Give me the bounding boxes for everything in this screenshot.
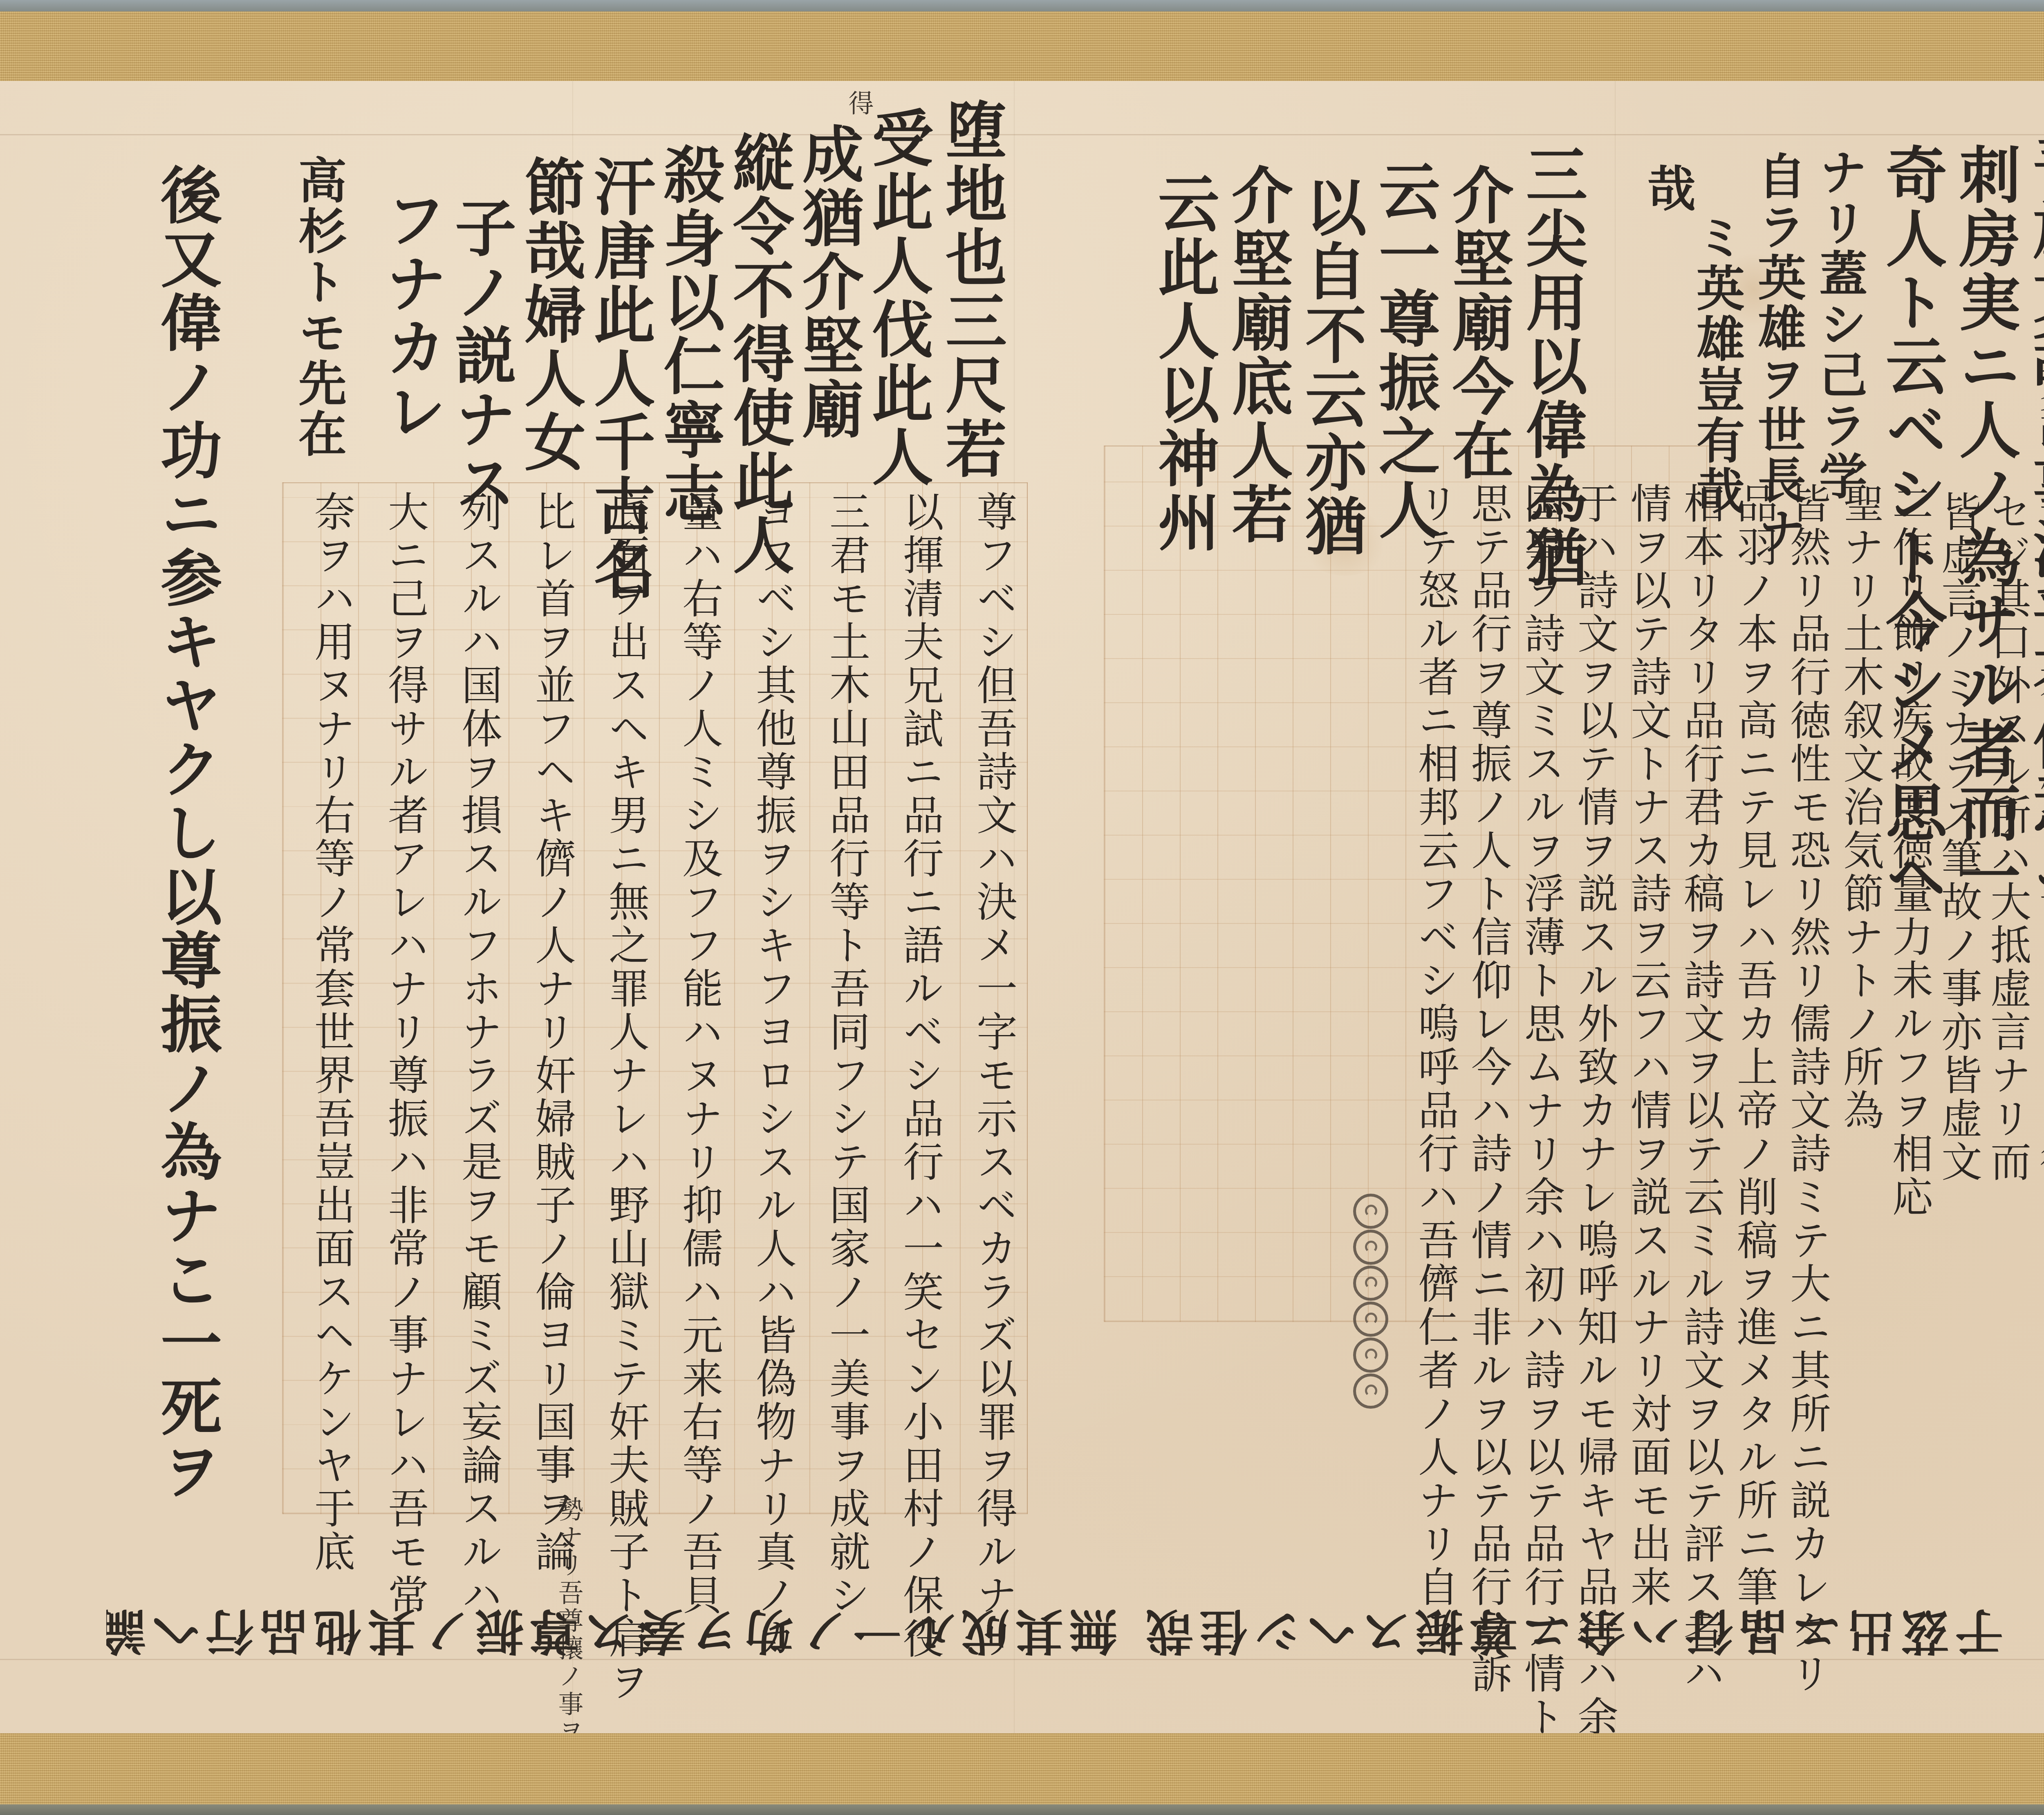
- text-column: 品羽ノ本ヲ高ニテ見レハ吾カ上帝ノ削稿ヲ進メタル所ニ筆モ: [1733, 482, 1774, 1652]
- text-column: 二作リ飾リ疾故度徳量力未ルフヲ相応: [1889, 482, 1930, 1219]
- silk-border-bottom: [0, 1733, 2044, 1807]
- text-column: リテ怒ル者ニ相邦云フベシ嗚呼品行ハ吾儕仁者ノ人ナリ自ラ: [1414, 482, 1455, 1652]
- scroll-bottom-edge: [0, 1804, 2044, 1815]
- text-column: ミ英雄豈有哉: [1692, 213, 1741, 517]
- text-column: 国事ヲ詩文ミスルヲ浮薄ト思ムナリ余ハ初ハ詩ヲ以テ品行ノ情ト: [1521, 482, 1562, 1739]
- text-column: 量ハ右等ノ人ミシ及フフ能ハヌナリ抑儒ハ元来右等ノ吾貝: [679, 491, 719, 1617]
- interlinear-note: 得: [846, 90, 872, 118]
- text-column: 大ニ己ヲ得サル者アレハナリ尊振ハ非常ノ事ナレハ吾モ常: [384, 491, 425, 1617]
- circle-mark-icon: [1353, 1338, 1388, 1373]
- circle-mark-icon: [1353, 1194, 1388, 1229]
- text-column: 節哉婦人女: [519, 155, 580, 474]
- text-column: 子ノ説ナス: [450, 196, 511, 515]
- text-column: 殺身以仁寧志: [658, 143, 719, 526]
- text-column: 比レ首ヲ並フヘキ儕ノ人ナリ奸婦賊子ノ倫ヨリ国事ヲ論: [531, 491, 572, 1574]
- text-column: 于ハ詩文ヲ以テ情ヲ説スル外致カナレ嗚呼知ルモ帰キヤ品行ハ余カ: [1574, 482, 1615, 1782]
- text-column: 三君モ土木山田品行等ト吾同フシテ国家ノ一美事ヲ成就シ: [826, 491, 867, 1617]
- text-column: 奈ヲハ用ヌナリ右等ノ常套世界吾豈出面スヘケンヤ于底: [311, 491, 352, 1574]
- text-column: 相本リタリ品行君カ稿ヲ詩文ヲ以テ云ミル詩文ヲ以テ評ス者ハ: [1680, 482, 1721, 1696]
- text-column: フナカレ: [380, 188, 442, 443]
- text-column: 皆然リ品行徳性モ恐リ然リ儒詩文詩ミテ大ニ其所ニ説カレタリ: [1786, 482, 1827, 1696]
- text-column: ヨフベシ其他尊振ヲシキフヨロシスル人ハ皆偽物ナリ真ノカ: [752, 491, 793, 1660]
- circle-mark-icon: [1353, 1230, 1388, 1265]
- text-column: 聖ナリ土木叙文治気節ナトノ所為: [1840, 482, 1880, 1132]
- text-column: 思テ品行ヲ尊振ノ人ト信仰レ今ハ詩ノ情ニ非ルヲ以テ品行ヲ訴: [1468, 482, 1508, 1696]
- text-column: 介堅廟今在: [1447, 164, 1508, 482]
- text-column: 尊フベシ但吾詩文ハ決メ一字モ示スベカラズ以罪ヲ得ルナリ: [973, 491, 1014, 1660]
- circle-mark-icon: [1353, 1374, 1388, 1409]
- ruled-grid-right: [1104, 446, 1710, 1322]
- text-column: 文辞ヲ云フベシ若シ居ルト云フ日ヲ以テ行: [2036, 360, 2044, 1183]
- bottom-annotation: 于茲出ニ品行ハ余ニ尊振スヘシ佳哉 無其成ル一ノ功ヲ奏ス尊振ノ其他品行ヘ論ス: [106, 1602, 2003, 1660]
- fold-line: [0, 134, 2044, 135]
- text-column: 介堅廟底人若: [1226, 164, 1288, 546]
- text-column: セジ其口外スル所ハ大抵虚言ナリ而: [1987, 491, 2028, 1184]
- circle-mark-icon: [1353, 1266, 1388, 1301]
- text-column: 以自不云亦猶: [1300, 176, 1361, 558]
- scroll-top-edge: [0, 0, 2044, 12]
- text-column: ナリ蓋シ己ラ学: [1815, 147, 1863, 502]
- text-column: 三尖用以偉為猶: [1521, 143, 1582, 589]
- manuscript-scroll: 吾於文辞ノ事浩乎不信焉ニ 刺房実ニ人ノ為サル者而一 奇人ト云ベシト今シメ思ヘ ナ…: [0, 0, 2044, 1815]
- text-column: 受此人伐此人: [867, 106, 928, 489]
- text-column: 皆虚言ノミナラズ筆故ノ事亦皆虚文: [1938, 491, 1979, 1184]
- text-column: 列スルハ国体ヲ損スルフホナラズ是ヲモ顧ミズ妄論スルハ: [458, 491, 499, 1617]
- text-column: 後又偉ノ功ニ参キヤクし以尊振ノ為ナこ一死ヲ: [155, 164, 217, 1503]
- text-column: 情ヲ以テ詩文トナス詩ヲ云フハ情ヲ説スルナリ対面モ出来: [1627, 482, 1668, 1609]
- text-column: 云一尊振之人: [1374, 159, 1435, 542]
- text-column: 高杉トモ先在: [294, 155, 343, 459]
- text-column: 成猶介堅廟: [797, 123, 858, 441]
- circled-emphasis-marks: [1353, 1194, 1388, 1409]
- text-column: 底面ヲ出スヘキ男ニ無之罪人ナレハ野山獄ミテ奸夫賊子ト肩ヲ: [605, 491, 646, 1704]
- text-column: 哉: [1643, 164, 1692, 214]
- silk-border-top: [0, 11, 2044, 82]
- text-column: 以揮清夫兄試ニ品行ニ語ルベシ品行ハ一笑セン小田村ノ保役: [899, 491, 940, 1660]
- text-column: 云此人以神州: [1153, 172, 1214, 554]
- text-column: 堕地也三尺若: [940, 98, 1002, 481]
- circle-mark-icon: [1353, 1302, 1388, 1337]
